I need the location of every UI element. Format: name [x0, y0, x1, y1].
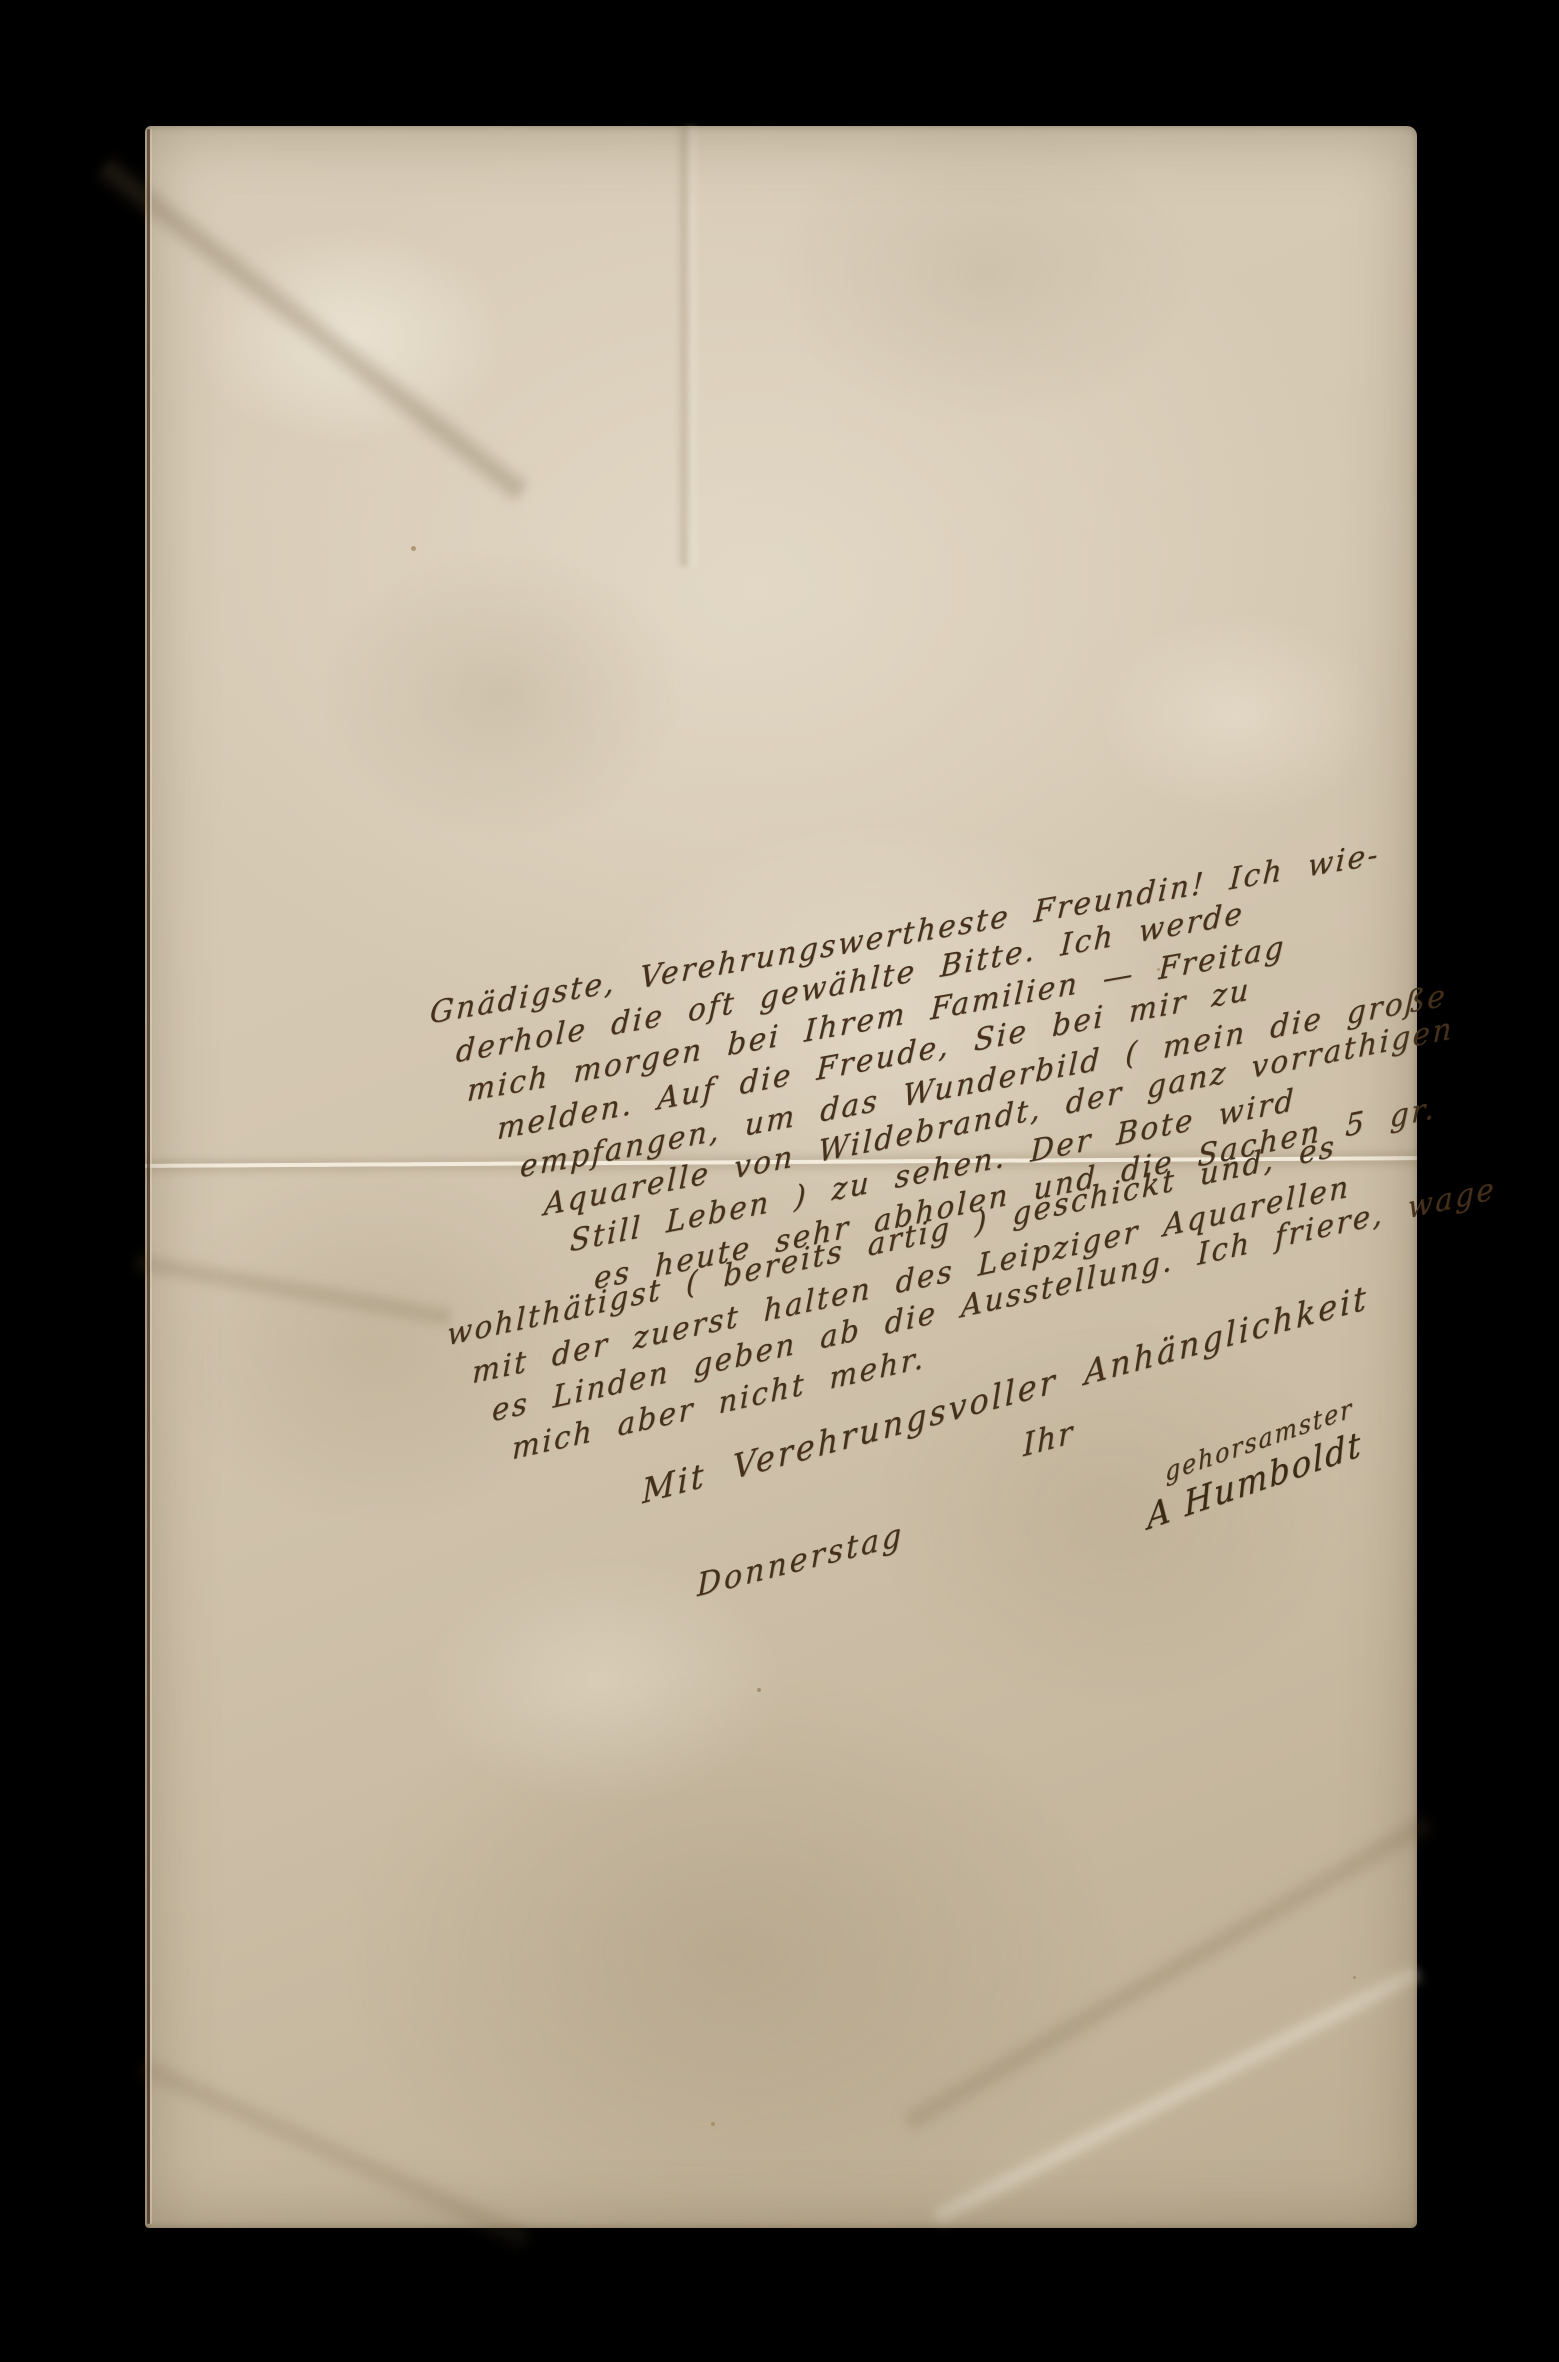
letter-paper: Gnädigste, Verehrungswertheste Freundin!…	[145, 126, 1417, 2228]
photograph-background: Gnädigste, Verehrungswertheste Freundin!…	[0, 0, 1559, 2362]
second-sheet-edge-highlight	[150, 129, 152, 2224]
